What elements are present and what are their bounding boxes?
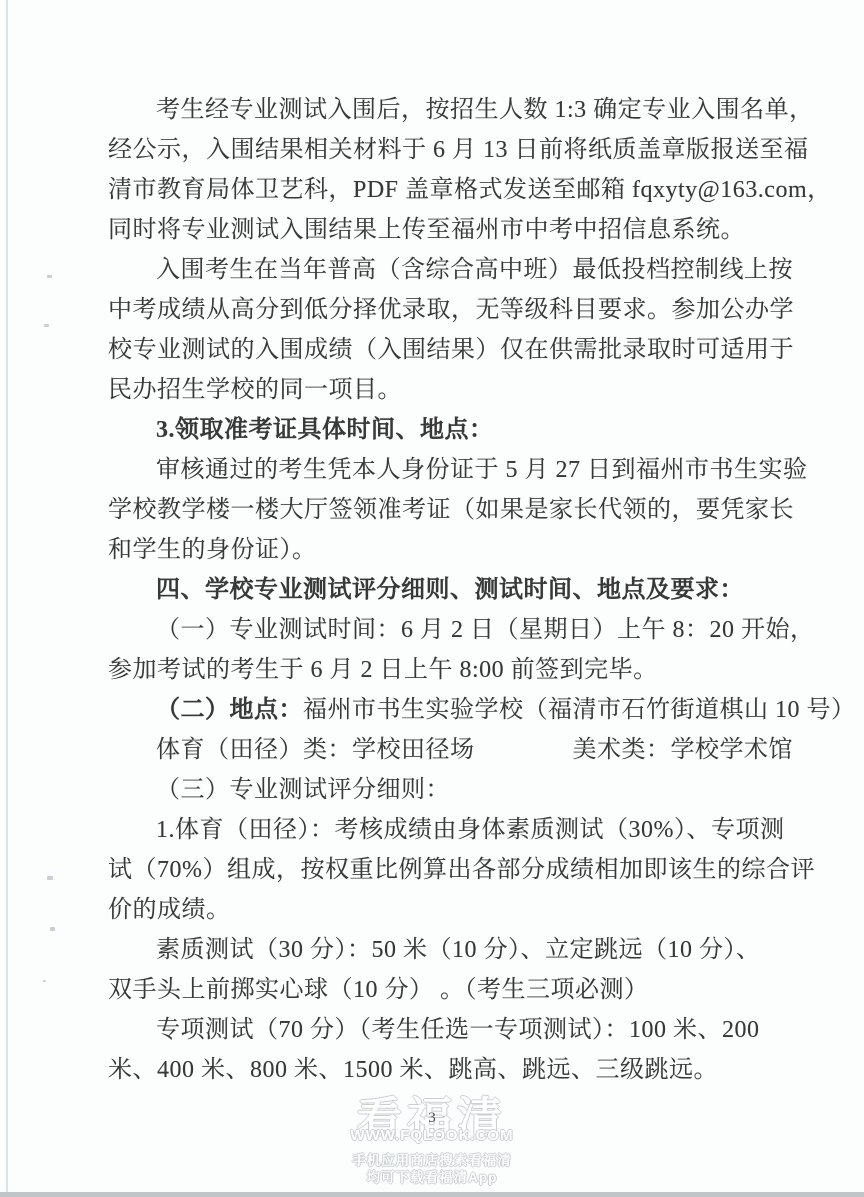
document-line: 考生经专业测试入围后，按招生人数 1:3 确定专业入围名单， [108, 90, 808, 130]
page-number: 3 [0, 1110, 864, 1127]
document-line: 参加考试的考生于 6 月 2 日上午 8:00 前签到完毕。 [108, 650, 808, 690]
document-line: 试（70%）组成，按权重比例算出各部分成绩相加即该生的综合评 [108, 850, 808, 890]
document-line: 1.体育（田径）：考核成绩由身体素质测试（30%）、专项测 [108, 810, 808, 850]
document-line: （一）专业测试时间：6 月 2 日（星期日）上午 8：20 开始， [108, 610, 808, 650]
scan-bottom-edge-band [0, 1192, 864, 1197]
scan-speck [47, 275, 52, 278]
watermark-website-url: WWW.FQLOOK.COM [0, 1127, 864, 1144]
watermark-caption-line2: 均可下载看福清App [0, 1166, 864, 1186]
scanned-document-page: 看福清 WWW.FQLOOK.COM 手机应用商店搜索看福清 均可下载看福清Ap… [0, 0, 864, 1197]
document-line: 学校教学楼一楼大厅签领准考证（如果是家长代领的，要凭家长 [108, 490, 808, 530]
scan-speck [43, 980, 46, 982]
document-heading-section-4: 四、学校专业测试评分细则、测试时间、地点及要求： [108, 570, 808, 610]
document-line: 中考成绩从高分到低分择优录取，无等级科目要求。参加公办学 [108, 290, 808, 330]
location-label: （二）地点： [156, 697, 303, 723]
location-value: 福州市书生实验学校（福清市石竹街道棋山 10 号） [303, 697, 856, 723]
document-line: 审核通过的考生凭本人身份证于 5 月 27 日到福州市书生实验 [108, 450, 808, 490]
scan-speck [50, 927, 55, 931]
document-line: （三）专业测试评分细则： [108, 770, 808, 810]
document-line-location: （二）地点：福州市书生实验学校（福清市石竹街道棋山 10 号） [108, 690, 808, 730]
document-line: 入围考生在当年普高（含综合高中班）最低投档控制线上按 [108, 250, 808, 290]
scan-left-edge-line [6, 0, 8, 1197]
scan-speck [47, 876, 53, 880]
document-line: 素质测试（30 分）：50 米（10 分）、立定跳远（10 分）、 [108, 930, 808, 970]
document-line: 双手头上前掷实心球（10 分） 。（考生三项必测） [108, 970, 808, 1010]
document-line: 同时将专业测试入围结果上传至福州市中考中招信息系统。 [108, 210, 808, 250]
document-heading-pickup-info: 3.领取准考证具体时间、地点： [108, 410, 808, 450]
document-line: 校专业测试的入围成绩（入围结果）仅在供需批录取时可适用于 [108, 330, 808, 370]
document-line: 经公示，入围结果相关材料于 6 月 13 日前将纸质盖章版报送至福 [108, 130, 808, 170]
document-line: 民办招生学校的同一项目。 [108, 370, 808, 410]
document-body: 考生经专业测试入围后，按招生人数 1:3 确定专业入围名单， 经公示，入围结果相… [108, 90, 808, 1090]
document-line: 米、400 米、800 米、1500 米、跳高、跳远、三级跳远。 [108, 1050, 808, 1090]
document-line: 体育（田径）类：学校田径场 美术类：学校学术馆 [108, 730, 808, 770]
document-line: 专项测试（70 分）（考生任选一专项测试）：100 米、200 [108, 1010, 808, 1050]
document-line: 清市教育局体卫艺科，PDF 盖章格式发送至邮箱 fqxyty@163.com， [108, 170, 808, 210]
document-line: 价的成绩。 [108, 890, 808, 930]
scan-speck [44, 324, 49, 327]
document-line: 和学生的身份证）。 [108, 530, 808, 570]
